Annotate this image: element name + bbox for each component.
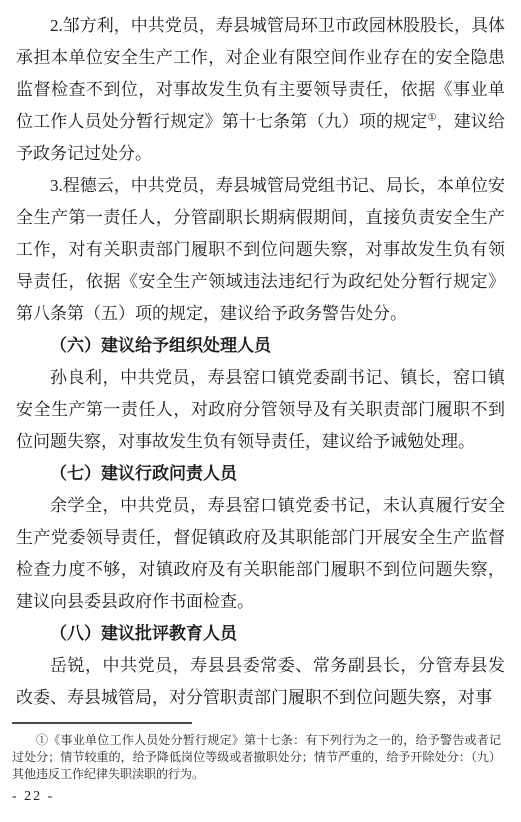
footnote-marker: ①	[36, 733, 48, 747]
document-page: { "document": { "paragraphs": { "zou": {…	[0, 0, 521, 822]
footnote-block: ①《事业单位工作人员处分暂行规定》第十七条：有下列行为之一的，给予警告或者记过处…	[12, 722, 505, 783]
paragraph-zou-fangli: 2.邹方利，中共党员，寿县城管局环卫市政园林股股长，具体承担本单位安全生产工作，…	[16, 10, 505, 170]
section-heading-seven: （七）建议行政问责人员	[16, 458, 505, 490]
document-body: 2.邹方利，中共党员，寿县城管局环卫市政园林股股长，具体承担本单位安全生产工作，…	[16, 10, 505, 714]
footnote-body: 《事业单位工作人员处分暂行规定》第十七条：有下列行为之一的，给予警告或者记过处分…	[12, 733, 501, 781]
paragraph-yu-xuequan: 余学全，中共党员，寿县窑口镇党委书记，未认真履行安全生产党委领导责任，督促镇政府…	[16, 490, 505, 618]
section-heading-six: （六）建议给予组织处理人员	[16, 330, 505, 362]
paragraph-cheng-deyun: 3.程德云，中共党员，寿县城管局党组书记、局长，本单位安全生产第一责任人，分管副…	[16, 170, 505, 330]
paragraph-yue-rui: 岳锐，中共党员，寿县县委常委、常务副县长，分管寿县发改委、寿县城管局，对分管职责…	[16, 650, 505, 714]
page-number: - 22 -	[12, 789, 54, 805]
footnote-reference-1: ①	[427, 112, 436, 123]
footnote-text: ①《事业单位工作人员处分暂行规定》第十七条：有下列行为之一的，给予警告或者记过处…	[12, 732, 505, 783]
footnote-separator-line	[12, 722, 192, 724]
paragraph-sun-liangli: 孙良利，中共党员，寿县窑口镇党委副书记、镇长，窑口镇安全生产第一责任人，对政府分…	[16, 362, 505, 458]
section-heading-eight: （八）建议批评教育人员	[16, 618, 505, 650]
